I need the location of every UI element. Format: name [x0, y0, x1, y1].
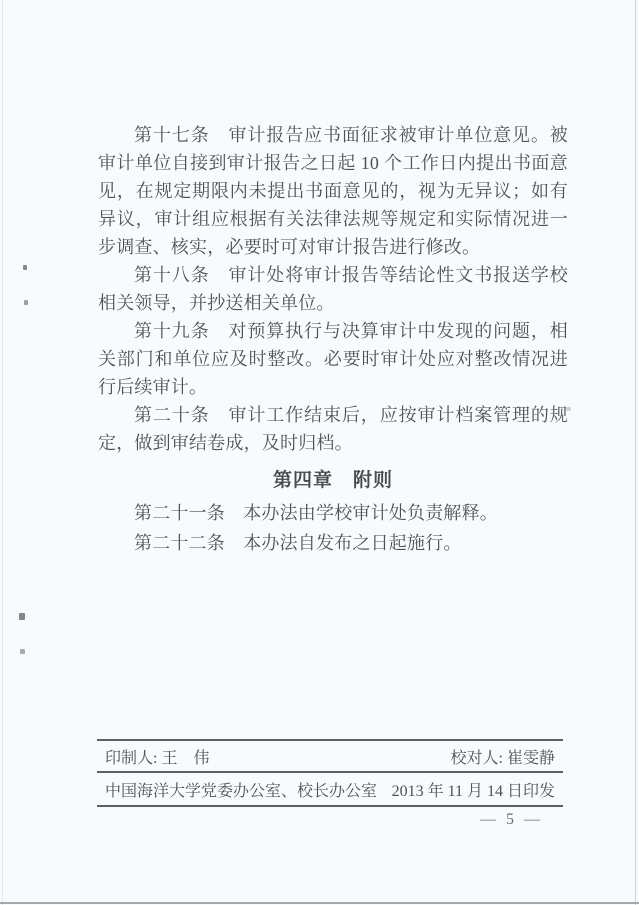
article-18-paragraph: 第十八条 审计处将审计报告等结论性文书报送学校相关领导，并抄送相关单位。 [98, 261, 568, 317]
chapter-heading: 第四章 附则 [98, 465, 568, 492]
closing-articles: 第二十一条 本办法由学校审计处负责解释。 第二十二条 本办法自发布之日起施行。 [98, 498, 568, 558]
proofreader-name: 校对人: 崔雯静 [451, 745, 555, 768]
printer-name: 印制人: 王 伟 [105, 745, 209, 768]
scan-artifact-speck [19, 613, 25, 620]
scan-edge-left [2, 0, 3, 905]
document-body: 第十七条 审计报告应书面征求被审计单位意见。被审计单位自接到审计报告之日起 10… [98, 121, 568, 558]
article-22-paragraph: 第二十二条 本办法自发布之日起施行。 [98, 528, 568, 558]
article-20-paragraph: 第二十条 审计工作结束后，应按审计档案管理的规定，做到审结卷成，及时归档。 [98, 401, 568, 457]
issue-date: 2013 年 11 月 14 日印发 [392, 778, 555, 801]
scan-artifact-speck [24, 300, 28, 305]
article-17-paragraph: 第十七条 审计报告应书面征求被审计单位意见。被审计单位自接到审计报告之日起 10… [98, 121, 568, 261]
scan-edge-bottom [0, 902, 639, 904]
scan-edge-right [635, 0, 636, 905]
scan-artifact-speck [20, 649, 25, 654]
colophon-row-issue: 中国海洋大学党委办公室、校长办公室 2013 年 11 月 14 日印发 [97, 773, 563, 807]
page-number: — 5 — [480, 811, 543, 829]
scan-artifact-speck [566, 407, 571, 411]
article-21-paragraph: 第二十一条 本办法由学校审计处负责解释。 [98, 498, 568, 528]
colophon-table: 印制人: 王 伟 校对人: 崔雯静 中国海洋大学党委办公室、校长办公室 2013… [97, 739, 563, 807]
colophon-row-names: 印制人: 王 伟 校对人: 崔雯静 [97, 741, 563, 773]
scanned-document-page: 第十七条 审计报告应书面征求被审计单位意见。被审计单位自接到审计报告之日起 10… [0, 0, 639, 905]
article-19-paragraph: 第十九条 对预算执行与决算审计中发现的问题，相关部门和单位应及时整改。必要时审计… [98, 317, 568, 401]
scan-artifact-speck [23, 265, 27, 270]
issuing-office: 中国海洋大学党委办公室、校长办公室 [105, 778, 377, 801]
